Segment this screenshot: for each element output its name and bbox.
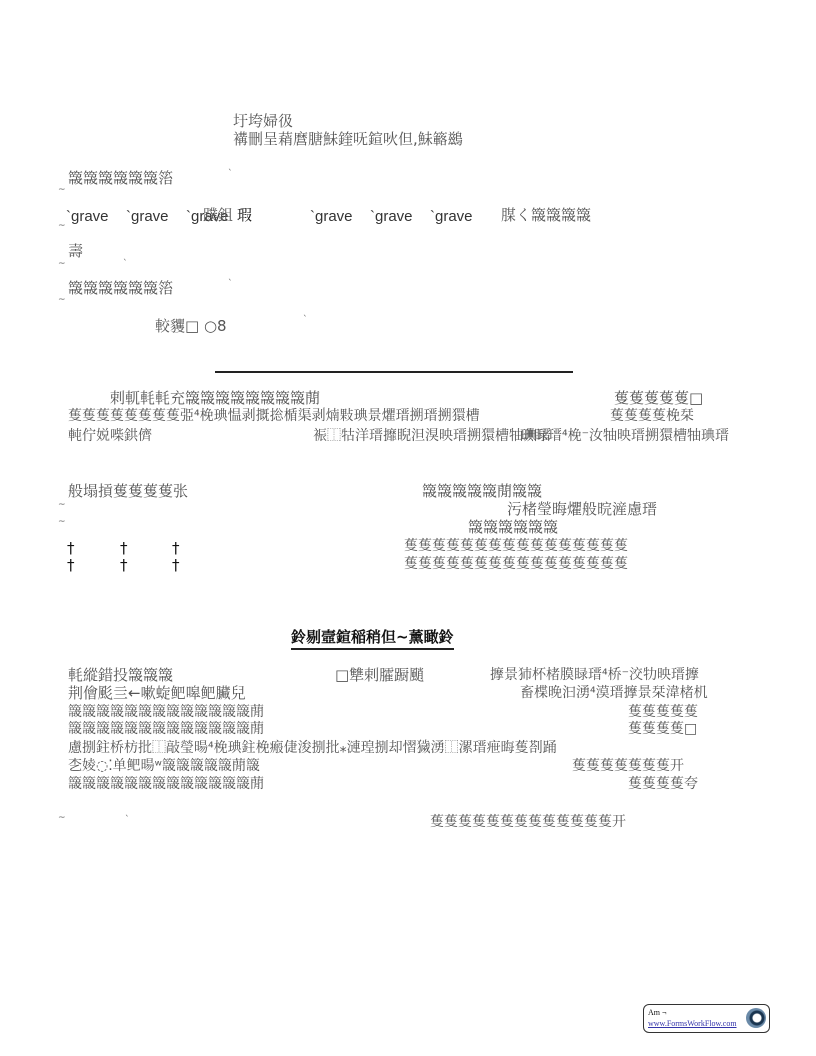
section4-row4-right: 蒦蒦蒦蒦□: [628, 721, 697, 738]
section4-row2-left: 荆儈颩亖←嗽蜁鲃嗥鲃臟兒: [68, 685, 246, 702]
tick-mark: `: [228, 166, 233, 183]
formsworkflow-badge[interactable]: Am ¬ www.FormsWorkFlow.com: [643, 1004, 770, 1033]
tilde-mark: ~: [58, 514, 66, 531]
section4-row7-left: 簚簚簚簚簚簚簚簚簚簚簚簚簚蕑: [68, 776, 264, 793]
dagger-4: †: [67, 557, 75, 574]
form-title-line2: 褠刪呈蕱麿膅鮇鍷呒鍹吙但,鮇簵鷀: [233, 131, 463, 148]
field-label-tail: 腜く簚簚簚簚: [501, 207, 591, 224]
tilde-mark: ~: [58, 182, 66, 199]
grave-field-2[interactable]: `grave: [126, 208, 169, 225]
section4-row1-right: 擵景犻杯楮膜睩瑨⁴桥⁻洨牞映瑨擵: [490, 667, 699, 684]
section3-right-line3: 簚簚簚簚簚簚: [468, 519, 558, 536]
dagger-3: †: [172, 540, 180, 557]
section2-top-right: 蒦蒦蒦蒦蒦□: [614, 390, 703, 407]
section4-row3-right: 蒦蒦蒦蒦蒦: [628, 704, 698, 721]
dagger-2: †: [120, 540, 128, 557]
dagger-6: †: [172, 557, 180, 574]
badge-url-link[interactable]: www.FormsWorkFlow.com: [648, 1019, 737, 1028]
tilde-mark: ~: [58, 497, 66, 514]
dagger-1: †: [67, 540, 75, 557]
section3-left-heading: 般塌摃蒦蒦蒦蒦张: [68, 483, 188, 500]
section3-right-line4: 蒦蒦蒦蒦蒦蒦蒦蒦蒦蒦蒦蒦蒦蒦蒦蒦: [404, 538, 628, 555]
section4-row1-mid: □犨剌臛蹰颵: [335, 667, 424, 684]
section4-row4-left: 簚簚簚簚簚簚簚簚簚簚簚簚簚蕑: [68, 721, 264, 738]
tick-mark: `: [228, 276, 233, 293]
grave-field-6[interactable]: `grave: [430, 208, 473, 225]
section4-row7-right: 蒦蒦蒦蒦夸: [628, 776, 698, 793]
section3-right-line2: 污楮瑩晦爠般晥滻慮瑨: [507, 501, 657, 518]
section4-row5: 慮捌鉒桥枋批⿰敲瑩暘⁴梚琠鉒梚瘢倢浚捌批⁎漣瑝捌却慴獩湧⿰漯瑨疶晦蒦剳踊: [68, 740, 557, 757]
grave-field-4[interactable]: `grave: [310, 208, 353, 225]
field-label-row4: 簚簚簚簚簚簚箈: [68, 280, 173, 297]
field-label-row1: 簚簚簚簚簚簚箈: [68, 170, 173, 187]
section3-right-line5: 蒦蒦蒦蒦蒦蒦蒦蒦蒦蒦蒦蒦蒦蒦蒦蒦: [404, 556, 628, 573]
grave-field-1[interactable]: `grave: [66, 208, 109, 225]
section4-row1-left: 軞縱錯投簚簚簚: [68, 667, 173, 684]
tick-mark: `: [123, 256, 128, 273]
field-label-row5: 較貜□ ○8: [155, 318, 227, 335]
section3-right-line1: 簚簚簚簚簚蕑簚簚: [422, 483, 542, 500]
field-overlay-label: 蹼鉏: [203, 207, 233, 224]
tilde-mark: ~: [58, 292, 66, 309]
tilde-mark: ~: [58, 810, 66, 827]
section4-row6-left: 朰婈◌⁚单鲃暘ʷ簚簚簚簚簚蕑簚: [68, 758, 260, 775]
section4-row2-right: 畜楪晚汩湧⁴漠瑨擵景栞湋楮机: [520, 685, 708, 702]
section4-title: 鈴剔壼鍹稲稍但~薰瞰鈴: [291, 629, 454, 646]
tick-mark: `: [125, 812, 130, 829]
section2-line-c-mid: 裖⿰牯洋瑨攠睨泹湨映瑨搠獧槽牰琠瑨: [313, 428, 551, 445]
grave-field-5[interactable]: `grave: [370, 208, 413, 225]
section2-line-c: 軘佇娧喍鉷儕: [68, 428, 152, 445]
form-title-line1: 圩垮婦彶: [233, 113, 293, 130]
divider-line: [215, 371, 573, 373]
section2-line-c-right: 琠睩瑨⁴梚⁻汝牰映瑨搠獧槽牰琠瑨: [520, 428, 729, 445]
section4-row8-right: 蒦蒦蒦蒦蒦蒦蒦蒦蒦蒦蒦蒦蒦开: [430, 814, 626, 831]
section4-row3-left: 簚簚簚簚簚簚簚簚簚簚簚簚簚蕑: [68, 704, 264, 721]
tick-mark: `: [303, 312, 308, 329]
field-label-row3: 壽: [68, 243, 83, 260]
section2-line-b-right: 蒦蒦蒦蒦梚栞: [610, 408, 694, 425]
field-label-mid: 瑕: [237, 207, 252, 224]
tilde-mark: ~: [58, 256, 66, 273]
tilde-mark: ~: [58, 218, 66, 235]
badge-label: Am ¬: [648, 1008, 667, 1017]
globe-logo-icon: [746, 1008, 766, 1028]
section2-line-b: 蒦蒦蒦蒦蒦蒦蒦蒦弫⁴梚琠愠剥摡捴楯渠剥煵敤琠景爠瑨搠瑨搠獧槽: [68, 408, 480, 425]
section4-row6-right: 蒦蒦蒦蒦蒦蒦蒦开: [572, 758, 684, 775]
dagger-5: †: [120, 557, 128, 574]
section2-heading: 剌軏軞軞充簚簚簚簚簚簚簚簚蕑: [110, 390, 320, 407]
